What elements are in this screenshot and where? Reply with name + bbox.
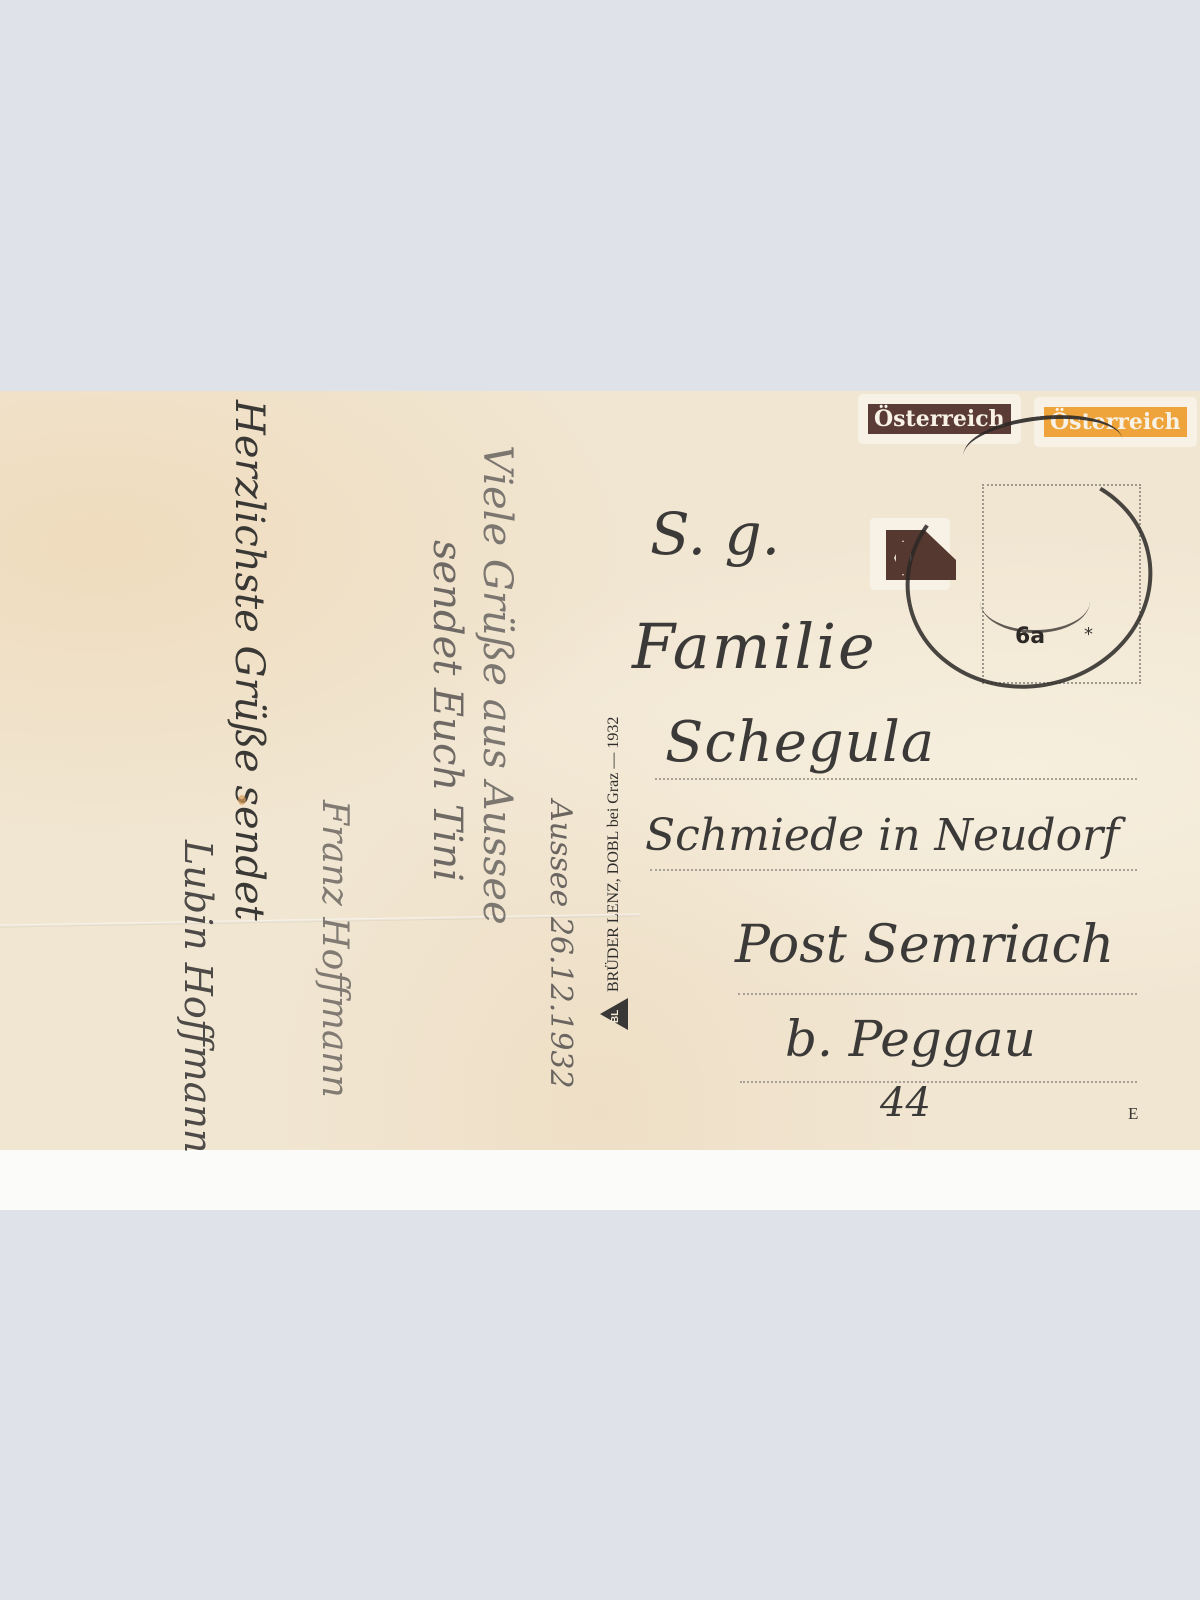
message-line: Viele Grüße aus Aussee: [474, 445, 520, 925]
paper-stain: [238, 795, 246, 805]
corner-letter: E: [1128, 1104, 1138, 1124]
printer-logo-text: BL: [610, 1010, 621, 1023]
message-signature: Franz Hoffmann: [314, 800, 355, 1098]
address-salutation: S. g.: [650, 500, 780, 568]
address-line: Schmiede in Neudorf: [645, 810, 1119, 861]
address-rule: [655, 778, 1137, 780]
postmark-star-icon: *: [1084, 624, 1093, 645]
scan-margin: [0, 1150, 1200, 1210]
address-rule: [740, 1081, 1137, 1083]
address-line: b. Peggau: [785, 1010, 1036, 1068]
printer-imprint: BL BRÜDER LENZ, DOBL bei Graz — 1932: [600, 717, 628, 1030]
message-line: sendet Euch Tini: [424, 540, 470, 882]
printer-logo-icon: BL: [600, 998, 628, 1030]
address-line: Post Semriach: [735, 915, 1114, 975]
address-line: Familie: [632, 610, 877, 683]
message-line: Herzlichste Grüße sendet: [226, 400, 272, 921]
address-rule: [650, 869, 1137, 871]
printer-imprint-text: BRÜDER LENZ, DOBL bei Graz — 1932: [605, 717, 623, 992]
address-line: Schegula: [665, 710, 935, 775]
address-house-number: 44: [880, 1080, 931, 1126]
address-rule: [738, 993, 1137, 995]
postmark-number: 6a: [1015, 624, 1045, 649]
message-signature: Lubin Hoffmann: [176, 840, 220, 1153]
message-date: Aussee 26.12.1932: [543, 800, 578, 1089]
